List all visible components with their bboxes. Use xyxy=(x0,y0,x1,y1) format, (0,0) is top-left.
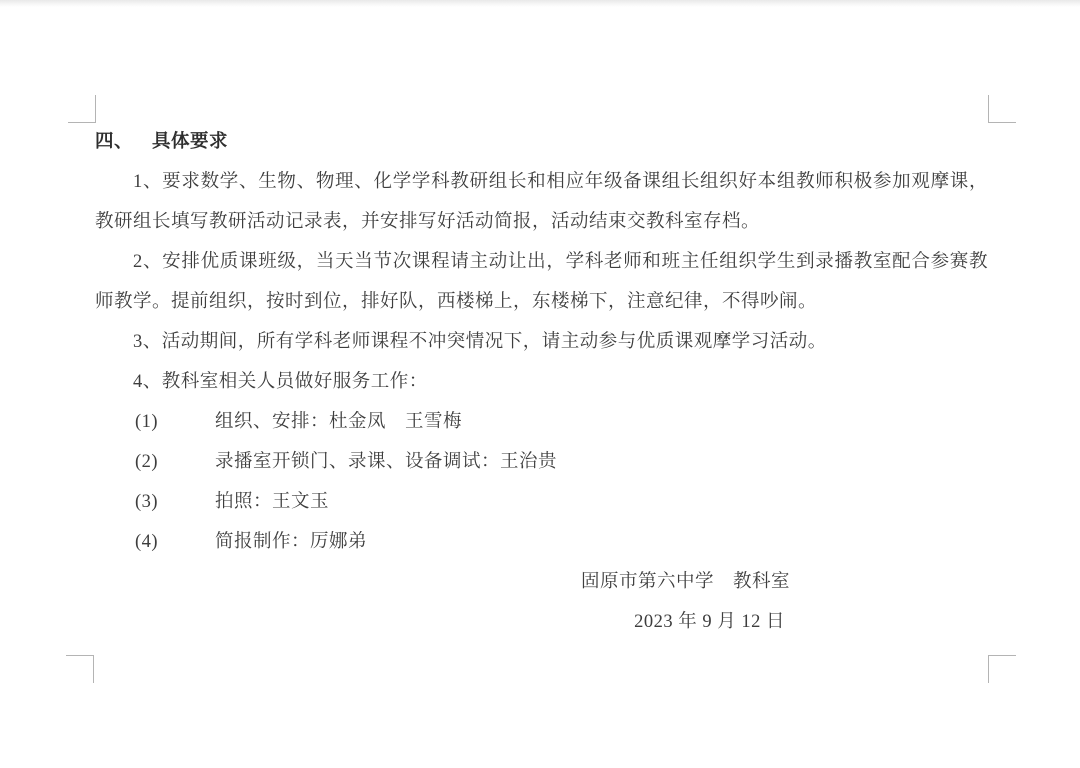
crop-mark-top-right xyxy=(988,95,1016,123)
list-item-marker: (4) xyxy=(135,522,215,562)
section-heading-title: 具体要求 xyxy=(152,132,228,152)
list-item-text: 录播室开锁门、录课、设备调试：王治贵 xyxy=(215,442,557,482)
list-item-text: 组织、安排：杜金凤 王雪梅 xyxy=(215,402,462,442)
signature-line: 固原市第六中学 教科室 xyxy=(95,562,988,602)
document-page: 四、具体要求 1、要求数学、生物、物理、化学学科教研组长和相应年级备课组长组织好… xyxy=(0,0,1080,768)
crop-mark-bottom-right xyxy=(988,655,1016,683)
list-item-marker: (2) xyxy=(135,442,215,482)
list-item-text: 简报制作：厉娜弟 xyxy=(215,522,367,562)
list-item: (2)录播室开锁门、录课、设备调试：王治贵 xyxy=(95,442,988,482)
crop-mark-bottom-left xyxy=(66,655,94,683)
paragraph-1: 1、要求数学、生物、物理、化学学科教研组长和相应年级备课组长组织好本组教师积极参… xyxy=(95,162,988,242)
paragraph-2: 2、安排优质课班级，当天当节次课程请主动让出，学科老师和班主任组织学生到录播教室… xyxy=(95,242,988,322)
list-item: (4)简报制作：厉娜弟 xyxy=(95,522,988,562)
crop-mark-top-left xyxy=(68,95,96,123)
list-item: (3)拍照：王文玉 xyxy=(95,482,988,522)
paragraph-4: 4、教科室相关人员做好服务工作： xyxy=(95,362,988,402)
list-item-marker: (3) xyxy=(135,482,215,522)
list-item-text: 拍照：王文玉 xyxy=(215,482,329,522)
section-heading: 四、具体要求 xyxy=(95,122,988,162)
document-body: 四、具体要求 1、要求数学、生物、物理、化学学科教研组长和相应年级备课组长组织好… xyxy=(95,122,988,642)
list-item-marker: (1) xyxy=(135,402,215,442)
section-heading-number: 四、 xyxy=(95,122,152,162)
page-top-edge-shadow xyxy=(0,0,1080,7)
list-item: (1)组织、安排：杜金凤 王雪梅 xyxy=(95,402,988,442)
date-line: 2023 年 9 月 12 日 xyxy=(95,602,988,642)
paragraph-3: 3、活动期间，所有学科老师课程不冲突情况下，请主动参与优质课观摩学习活动。 xyxy=(95,322,988,362)
